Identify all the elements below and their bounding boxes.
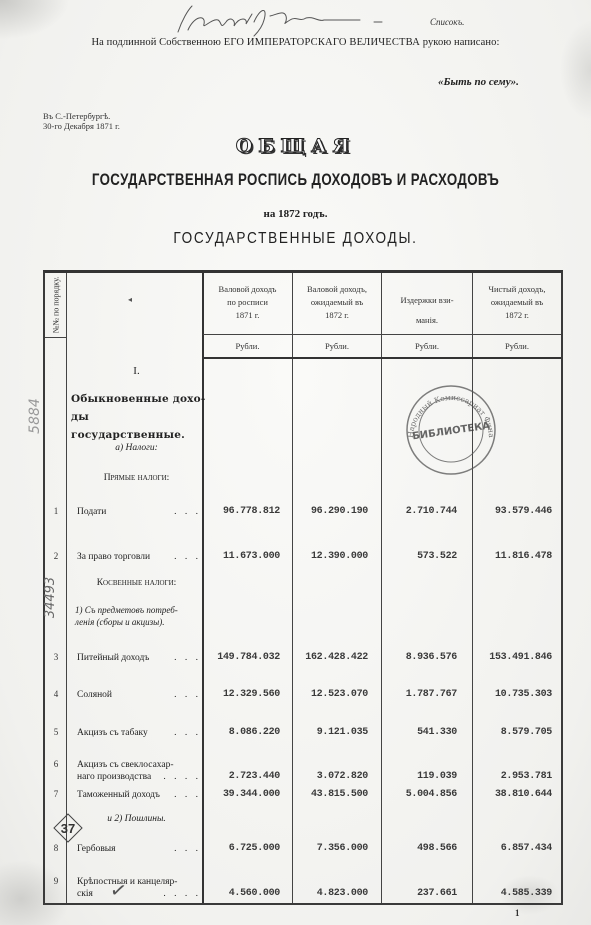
col-header-gross-1872: Валовой доходъ, ожидаемый въ 1872 г. [293, 283, 381, 322]
row-number: 3 [45, 652, 67, 662]
header-line: Валовой доходъ, [293, 283, 381, 296]
document-year: на 1872 годъ. [0, 208, 591, 220]
consumption-line: ленія (сборы и акцизы). [75, 616, 210, 628]
cell-value: 12.329.560 [205, 689, 280, 700]
leader-dots: . . . [77, 551, 201, 563]
cell-value: 8.086.220 [205, 727, 280, 738]
cell-value: 96.290.190 [293, 506, 368, 517]
header-line: Чистый доходъ, [473, 283, 561, 296]
stamp-center-text: БИБЛИОТЕКА [412, 421, 491, 443]
row-label-line: Крѣпостныя и канцеляр- [77, 876, 201, 888]
section-roman-numeral: I. [69, 365, 204, 377]
col-header-net-1872: Чистый доходъ, ожидаемый въ 1872 г. [473, 283, 561, 322]
cell-value: 6.857.434 [470, 843, 552, 854]
cell-value: 6.725.000 [205, 843, 280, 854]
scan-shadow [560, 20, 591, 120]
subsection-taxes: а) Налоги: [69, 443, 204, 453]
document-page: Списокъ. На подлинной Собственною ЕГО ИМ… [0, 0, 591, 925]
cell-value: 10.735.303 [470, 689, 552, 700]
decree-caps: ЕГО ИМПЕРАТОРСКАГО ВЕЛИЧЕСТВА [224, 37, 420, 48]
header-line: 1871 г. [203, 309, 292, 322]
leader-dots: . . . . [77, 771, 201, 783]
leader-dots: . . . [77, 506, 201, 518]
cell-value: 237.661 [375, 888, 457, 899]
decree-prefix: На подлинной Собственною [91, 37, 223, 48]
cell-value: 153.491.846 [470, 652, 552, 663]
cell-value: 11.816.478 [470, 551, 552, 562]
section-title: Обыкновенные дохо- ды государственные. [71, 390, 206, 444]
cell-value: 5.004.856 [375, 789, 457, 800]
cell-value: 39.344.000 [205, 789, 280, 800]
cell-value: 9.121.035 [293, 727, 368, 738]
direct-taxes-heading: Прямые налоги: [69, 473, 204, 483]
place: Въ С.-Петербургѣ. [43, 111, 120, 121]
cell-value: 119.039 [375, 771, 457, 782]
handwritten-signature [160, 2, 400, 38]
header-line: по росписи [203, 296, 292, 309]
cell-value: 43.815.500 [293, 789, 368, 800]
scan-shadow [0, 0, 70, 40]
cell-value: 3.072.820 [293, 771, 368, 782]
cell-value: 162.428.422 [293, 652, 368, 663]
column-divider [472, 273, 473, 903]
cell-value: 149.784.032 [205, 652, 280, 663]
decree-suffix: рукою написано: [420, 37, 500, 48]
leader-dots: . . . . [77, 888, 201, 900]
cell-value: 4.585.339 [470, 888, 552, 899]
header-line: ожидаемый въ [293, 296, 381, 309]
unit-label: Рубли. [473, 341, 561, 351]
unit-label: Рубли. [203, 341, 292, 351]
leader-dots: . . . [77, 843, 201, 855]
row-label-line: Акцизъ съ свеклосахар- [77, 759, 201, 771]
row-number: 2 [45, 551, 67, 561]
cell-value: 2.723.440 [205, 771, 280, 782]
imperial-resolution: «Быть по сему». [438, 76, 519, 88]
arrow-mark: ◂ [128, 295, 132, 304]
date: 30-го Декабря 1871 г. [43, 121, 120, 131]
column-divider [381, 273, 382, 903]
revenue-table: №№ по порядку. ◂ Валовой доходъ по роспи… [43, 270, 563, 905]
row-number: 1 [45, 506, 67, 516]
decorative-title: ОБЩАЯ [0, 135, 591, 157]
row-number: 9 [45, 876, 67, 886]
cell-value: 2.710.744 [375, 506, 457, 517]
header-line: Валовой доходъ [203, 283, 292, 296]
svg-text:37: 37 [61, 821, 75, 836]
unit-label: Рубли. [382, 341, 472, 351]
document-title: ГОСУДАРСТВЕННАЯ РОСПИСЬ ДОХОДОВЪ И РАСХО… [65, 170, 526, 190]
place-date: Въ С.-Петербургѣ. 30-го Декабря 1871 г. [43, 111, 120, 131]
number-column-label: №№ по порядку. [52, 277, 61, 334]
row-divider [45, 337, 67, 338]
consumption-line: 1) Съ предметовъ потреб- [75, 604, 210, 616]
section-title-line: ды государственные. [71, 408, 206, 444]
header-line: манія. [382, 310, 472, 330]
cell-value: 11.673.000 [205, 551, 280, 562]
leader-dots: . . . [77, 689, 201, 701]
column-divider [292, 273, 293, 903]
cell-value: 12.390.000 [293, 551, 368, 562]
margin-handwritten-note: 34493 [43, 577, 58, 618]
cell-value: 7.356.000 [293, 843, 368, 854]
cell-value: 573.522 [375, 551, 457, 562]
leader-dots: . . . [77, 727, 201, 739]
unit-label: Рубли. [293, 341, 381, 351]
number-column-header: №№ по порядку. [45, 273, 67, 337]
cell-value: 1.787.767 [375, 689, 457, 700]
cell-value: 4.560.000 [205, 888, 280, 899]
leader-dots: . . . [77, 789, 201, 801]
page-number: 1 [515, 908, 520, 918]
indirect-taxes-heading: Косвенные налоги: [69, 578, 204, 588]
imperial-decree-line: На подлинной Собственною ЕГО ИМПЕРАТОРСК… [0, 37, 591, 48]
cell-value: 12.523.070 [293, 689, 368, 700]
row-number: 7 [45, 789, 67, 799]
margin-inventory-number: 5884 [27, 398, 43, 434]
library-stamp: Народный Комиссариат Финансов С.С.С.Р. Б… [396, 378, 506, 478]
lot-number-mark: 37 [53, 813, 83, 843]
cell-value: 8.936.576 [375, 652, 457, 663]
cell-value: 498.566 [375, 843, 457, 854]
row-number: 6 [45, 759, 67, 769]
cell-value: 8.579.705 [470, 727, 552, 738]
section-heading: ГОСУДАРСТВЕННЫЕ ДОХОДЫ. [44, 230, 546, 248]
cell-value: 96.778.812 [205, 506, 280, 517]
col-header-collection-costs: Издержки взи- манія. [382, 290, 472, 330]
cell-value: 93.579.446 [470, 506, 552, 517]
col-header-gross-1871: Валовой доходъ по росписи 1871 г. [203, 283, 292, 322]
section-title-line: Обыкновенные дохо- [71, 390, 206, 408]
row-divider [203, 334, 561, 335]
duties-heading: и 2) Пошлины. [69, 814, 204, 824]
row-divider [203, 357, 561, 359]
leader-dots: . . . [77, 652, 201, 664]
cell-value: 2.953.781 [470, 771, 552, 782]
row-number: 8 [45, 843, 67, 853]
cell-value: 38.810.644 [470, 789, 552, 800]
column-divider [66, 273, 67, 903]
consumption-heading: 1) Съ предметовъ потреб- ленія (сборы и … [75, 604, 210, 628]
cell-value: 4.823.000 [293, 888, 368, 899]
header-line: ожидаемый въ [473, 296, 561, 309]
cell-value: 541.330 [375, 727, 457, 738]
header-line: 1872 г. [473, 309, 561, 322]
list-label: Списокъ. [430, 17, 464, 27]
row-number: 4 [45, 689, 67, 699]
header-line: 1872 г. [293, 309, 381, 322]
row-number: 5 [45, 727, 67, 737]
header-line: Издержки взи- [382, 290, 472, 310]
